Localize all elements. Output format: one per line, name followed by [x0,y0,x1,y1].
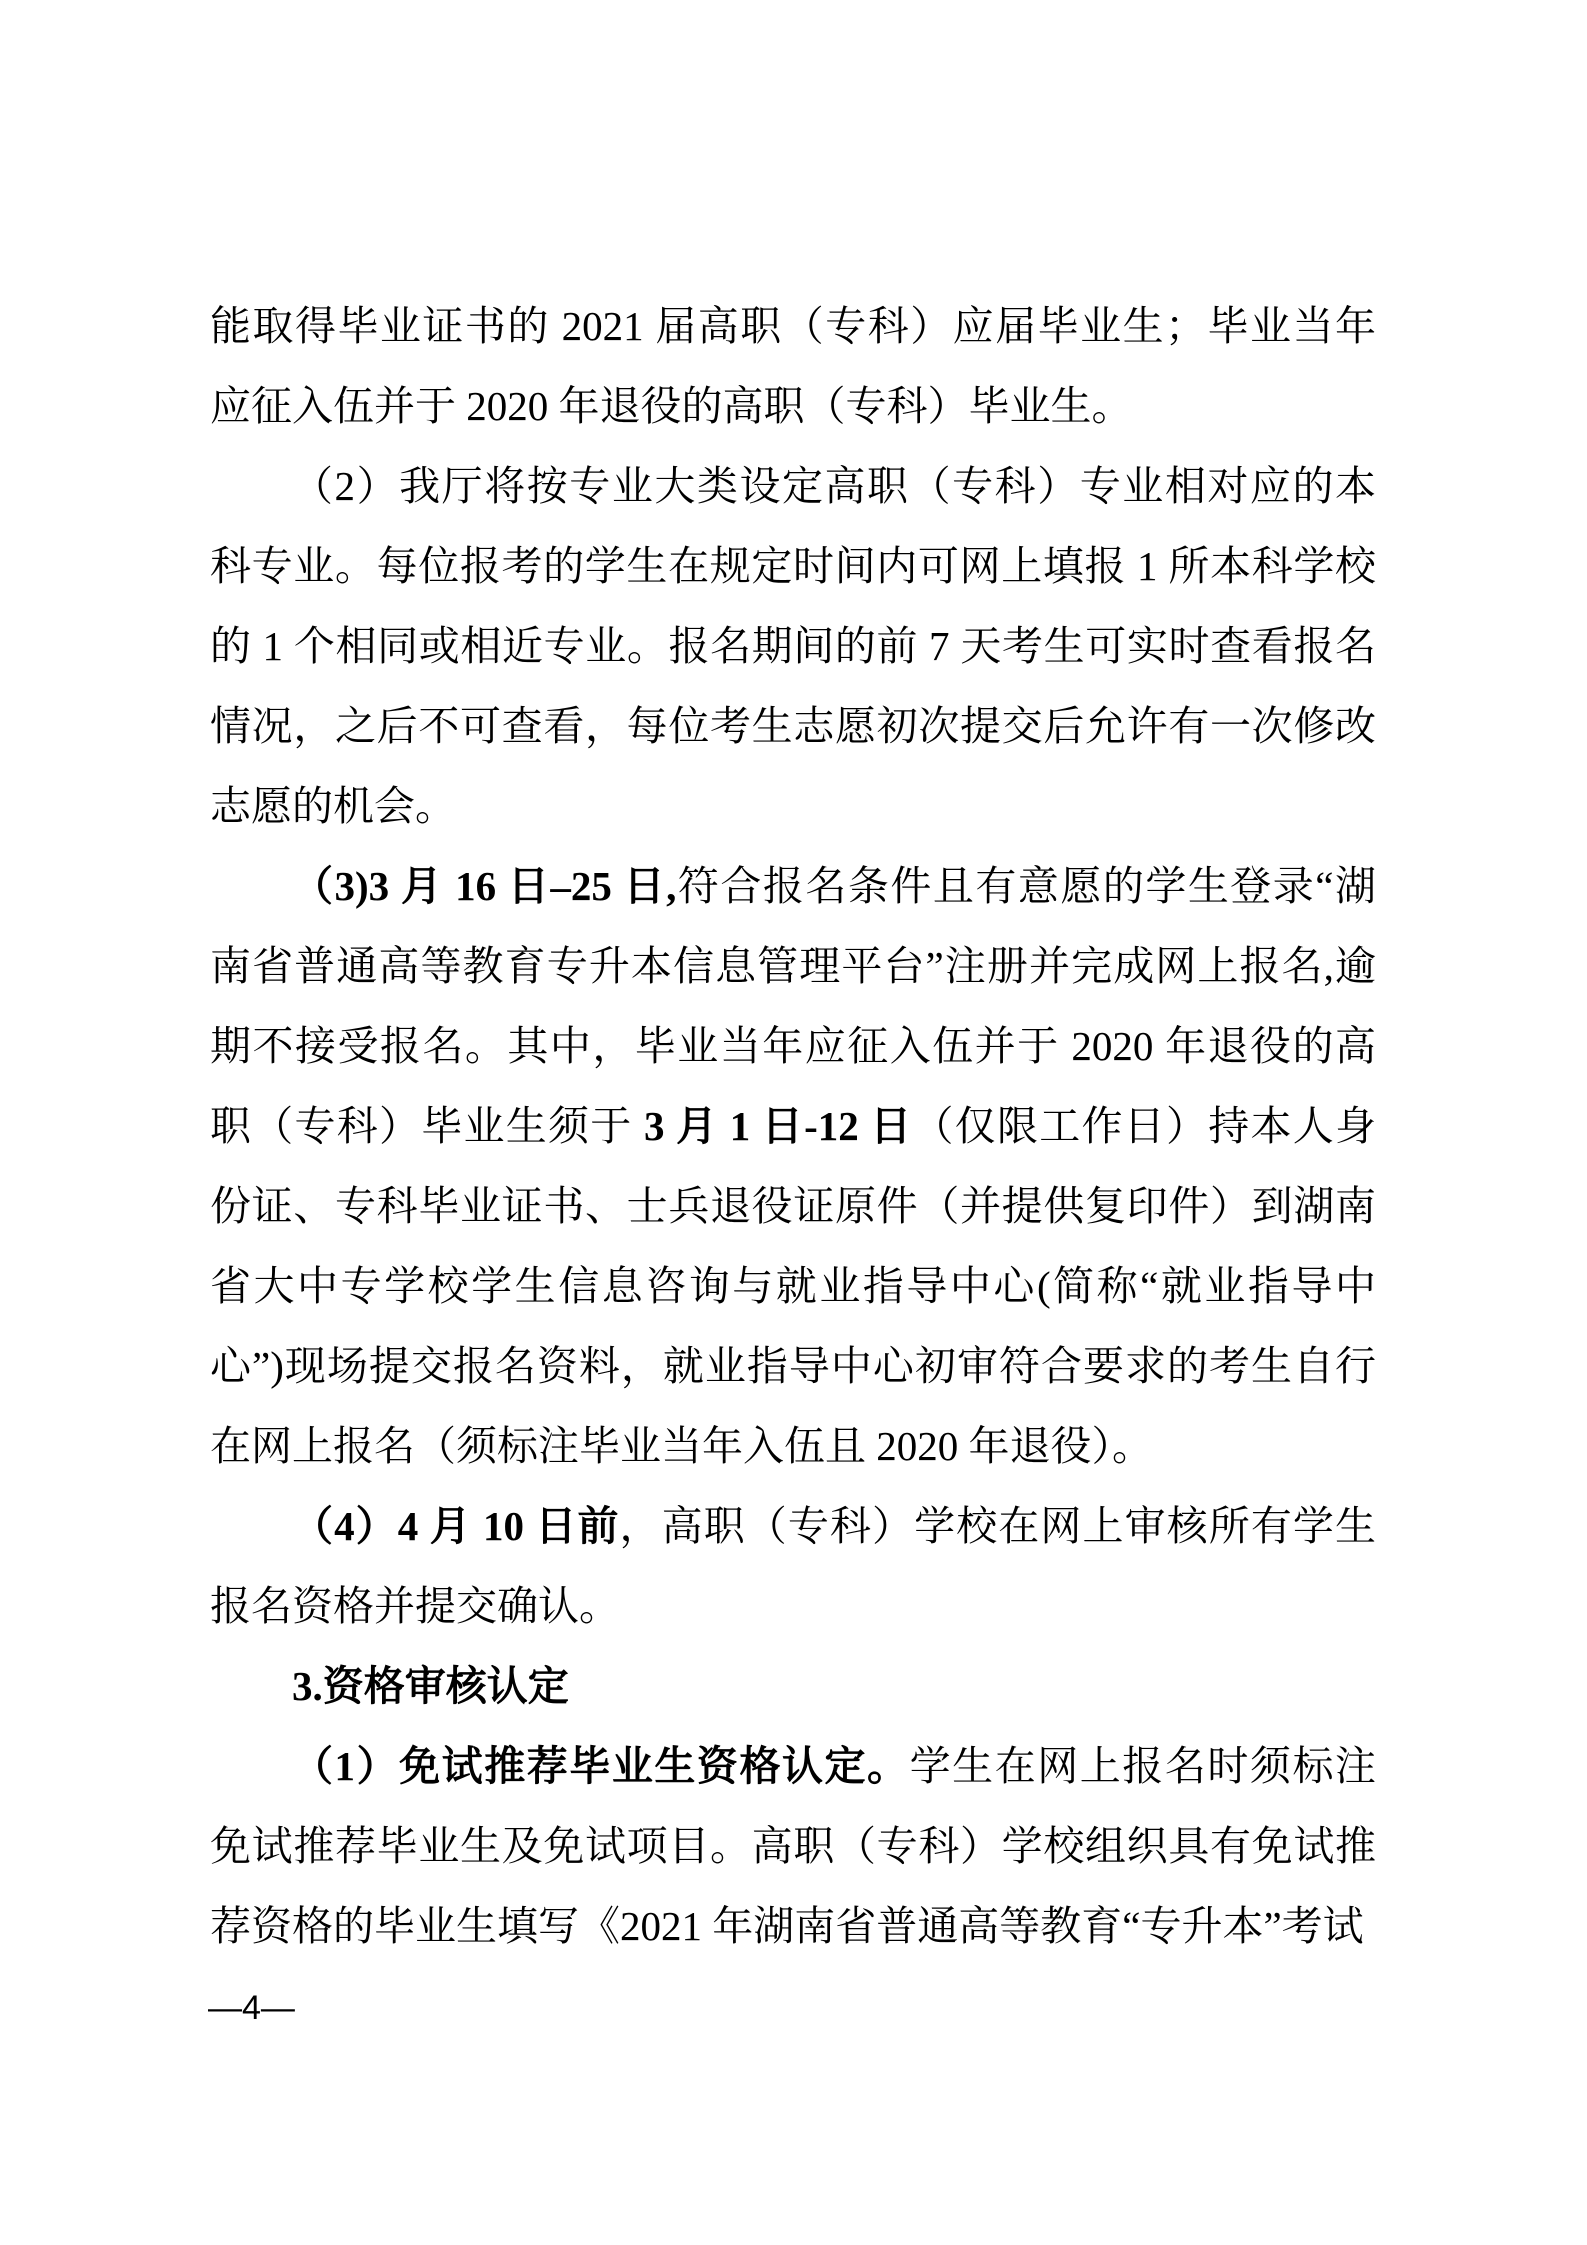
paragraph-text: （仅限工作日）持本人身份证、专科毕业证书、士兵退役证原件（并提供复印件）到湖南省… [210,1103,1376,1469]
document-page: 能取得毕业证书的 2021 届高职（专科）应届毕业生；毕业当年应征入伍并于 20… [0,0,1587,2245]
paragraph-item-4: （4）4 月 10 日前，高职（专科）学校在网上审核所有学生报名资格并提交确认。 [210,1486,1376,1646]
exemption-qualification-lead: （1）免试推荐毕业生资格认定。 [292,1743,910,1789]
paragraph-eligibility-continued: 能取得毕业证书的 2021 届高职（专科）应届毕业生；毕业当年应征入伍并于 20… [210,286,1376,446]
paragraph-item-3: （3)3 月 16 日–25 日,符合报名条件且有意愿的学生登录“湖南省普通高等… [210,846,1376,1486]
date-april-10-deadline: （4）4 月 10 日前 [292,1503,620,1549]
paragraph-item-2: （2）我厅将按专业大类设定高职（专科）专业相对应的本科专业。每位报考的学生在规定… [210,446,1376,846]
paragraph-item-exemption: （1）免试推荐毕业生资格认定。学生在网上报名时须标注免试推荐毕业生及免试项目。高… [210,1726,1376,1966]
document-body: 能取得毕业证书的 2021 届高职（专科）应届毕业生；毕业当年应征入伍并于 20… [210,286,1376,1966]
section-heading-qualification-review: 3.资格审核认定 [210,1646,1376,1726]
date-range-march-16-25: （3)3 月 16 日–25 日, [292,863,676,909]
date-range-march-1-12: 3 月 1 日-12 日 [644,1103,912,1149]
page-number: —4— [208,1986,295,2030]
